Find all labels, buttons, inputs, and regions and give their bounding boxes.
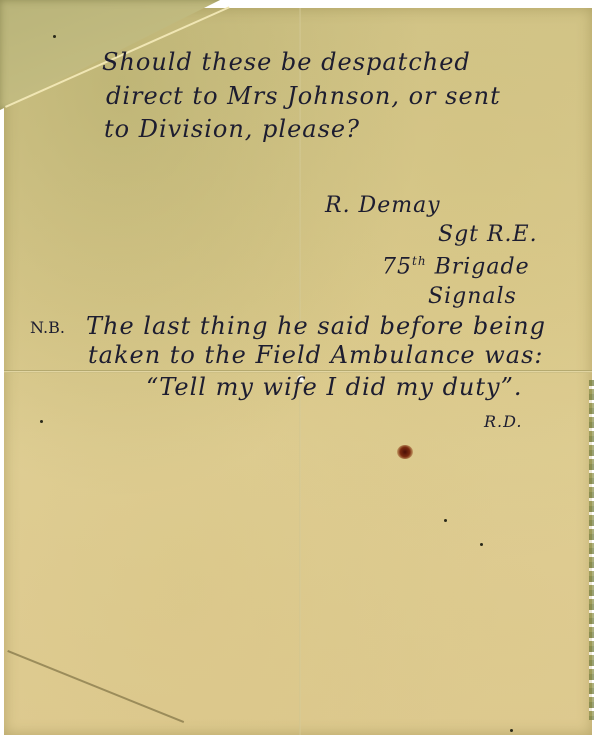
postscript-line-1: The last thing he said before being: [86, 312, 546, 340]
letter-body-line-1: Should these be despatched: [102, 48, 471, 76]
signature-branch: Signals: [428, 284, 517, 309]
torn-right-edge: [589, 380, 594, 720]
signature-name: R. Demay: [325, 193, 441, 218]
postscript-line-2: taken to the Field Ambulance was:: [88, 341, 544, 369]
signature-unit: 75th Brigade: [382, 254, 530, 279]
postscript-label: N.B.: [30, 318, 65, 337]
letter-body-line-3: to Division, please?: [104, 115, 360, 143]
speck: [480, 543, 483, 546]
signature-rank: Sgt R.E.: [438, 222, 538, 247]
speck: [40, 420, 43, 423]
postscript-quote: “Tell my wife I did my duty”.: [146, 373, 522, 401]
ink-stain: [397, 445, 413, 459]
letter-body-line-2: direct to Mrs Johnson, or sent: [106, 82, 501, 110]
postscript-initials: R.D.: [484, 412, 522, 431]
speck: [510, 729, 513, 732]
speck: [53, 35, 56, 38]
speck: [444, 519, 447, 522]
